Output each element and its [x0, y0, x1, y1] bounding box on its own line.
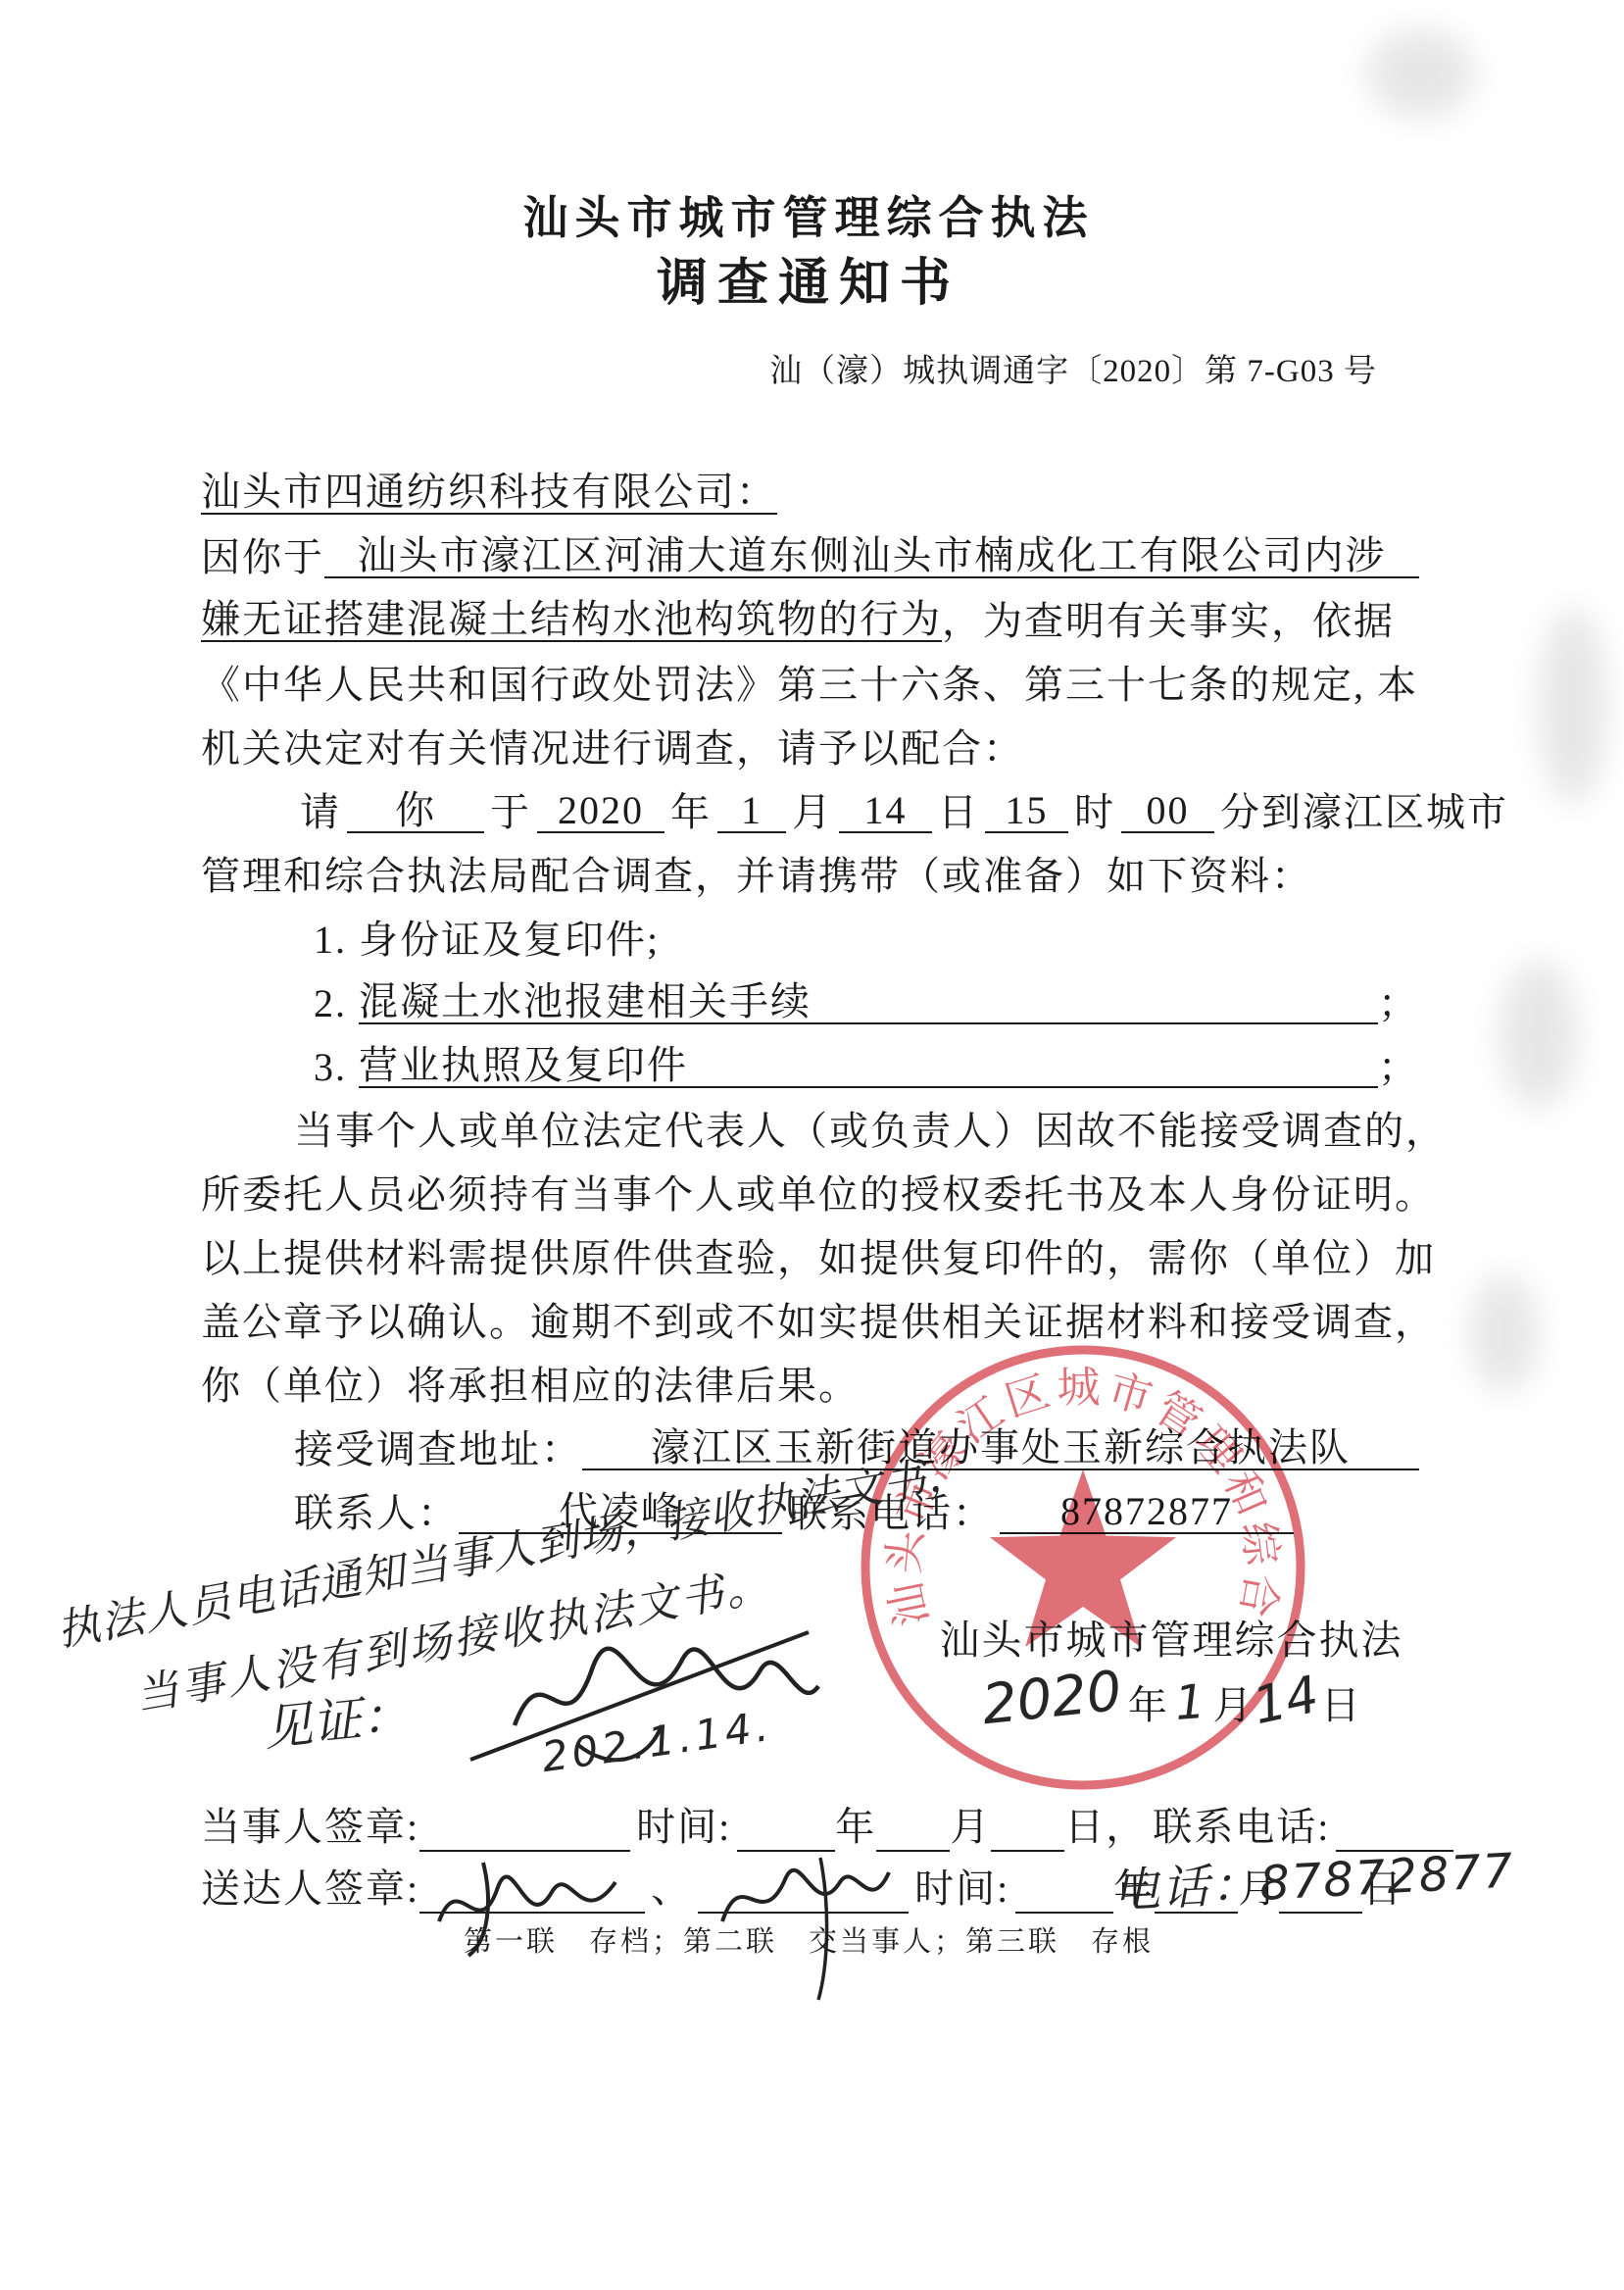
blank-year: 2020	[537, 789, 664, 833]
blank-hour: 15	[985, 789, 1068, 833]
caesura-mark: 、	[645, 1858, 698, 1914]
law-reference: 《中华人民共和国行政处罚法》第三十六条、第三十七条的规定, 本	[201, 664, 1418, 706]
minute-and-place: 分到濠江区城市	[1214, 791, 1514, 833]
item-number: 1.	[314, 919, 359, 961]
para2-line-4: 盖公章予以确认。逾期不到或不如实提供相关证据材料和接受调查，	[201, 1279, 1419, 1343]
time-label: 时间:	[909, 1858, 1015, 1914]
scan-artifact	[1367, 29, 1475, 118]
body-line-cause-1: 因你于 汕头市濠江区河浦大道东侧汕头市楠成化工有限公司内涉	[201, 515, 1419, 578]
handwritten-month: 1	[1173, 1674, 1206, 1731]
scan-artifact	[1539, 608, 1607, 804]
item-tail: ；	[1378, 982, 1419, 1024]
item-tail: ；	[1378, 1046, 1419, 1088]
blank-item-text: 混凝土水池报建相关手续	[359, 980, 1378, 1024]
invitation-continued: 管理和综合执法局配合调查，并请携带（或准备）如下资料：	[201, 855, 1312, 897]
para2-text: 所委托人员必须持有当事个人或单位的授权委托书及本人身份证明。	[201, 1173, 1436, 1216]
month-char: 月	[1212, 1674, 1252, 1730]
para2-text: 你（单位）将承担相应的法律后果。	[201, 1365, 860, 1407]
issuer-date-line: 2020 年 1 月 14 日	[931, 1667, 1411, 1730]
para2-text: 以上提供材料需提供原件供查验，如提供复印件的，需你（单位）加	[201, 1237, 1436, 1279]
body-line-law: 《中华人民共和国行政处罚法》第三十六条、第三十七条的规定, 本	[201, 642, 1419, 706]
blank-violation-behavior: 嫌无证搭建混凝土结构水池构筑物的行为	[201, 598, 942, 642]
blank-deliverer-signature-2	[698, 1912, 909, 1914]
cause-suffix: ，为查明有关事实，依据	[942, 600, 1395, 642]
document-title-type: 调查通知书	[201, 241, 1416, 315]
body-line-decision: 机关决定对有关情况进行调查，请予以配合：	[201, 706, 1419, 770]
party-signature-line: 当事人签章: 时间: 年 月 日， 联系电话:	[201, 1796, 1421, 1852]
handwritten-day: 14	[1249, 1666, 1324, 1736]
issuer-agency-name: 汕头市城市管理综合执法	[931, 1608, 1411, 1666]
blank-day: 14	[839, 789, 932, 833]
address-label: 接受调查地址：	[294, 1428, 582, 1470]
invite-on: 于	[484, 791, 537, 833]
list-item-3: 3. 营业执照及复印件 ；	[201, 1024, 1419, 1088]
scanned-document-page: 汕头市城市管理综合执法 调查通知书 汕（濠）城执调通字〔2020〕第 7-G03…	[0, 0, 1624, 2290]
para2-text: 当事个人或单位法定代表人（或负责人）因故不能接受调查的，	[294, 1110, 1447, 1152]
blank-time-day	[1279, 1912, 1362, 1914]
para2-line-3: 以上提供材料需提供原件供查验，如提供复印件的，需你（单位）加	[201, 1216, 1419, 1279]
blank-month: 1	[717, 789, 786, 833]
list-item-1: 1. 身份证及复印件;	[201, 897, 1419, 961]
copies-distribution-note: 第一联 存档；第二联 交当事人；第三联 存根	[201, 1919, 1416, 1960]
list-item-2: 2. 混凝土水池报建相关手续 ；	[201, 961, 1419, 1024]
hour-char: 时	[1068, 791, 1121, 833]
time-label: 时间:	[630, 1796, 737, 1852]
body-line-cause-2: 嫌无证搭建混凝土结构水池构筑物的行为 ，为查明有关事实，依据	[201, 578, 1419, 642]
item-number: 3.	[314, 1046, 359, 1088]
blank-violation-location: 汕头市濠江区河浦大道东侧汕头市楠成化工有限公司内涉	[324, 534, 1419, 578]
document-number: 汕（濠）城执调通字〔2020〕第 7-G03 号	[769, 345, 1377, 391]
body-line-invitation-2: 管理和综合执法局配合调查，并请携带（或准备）如下资料：	[201, 833, 1419, 897]
cause-prefix: 因你于	[201, 536, 324, 578]
para2-line-1: 当事个人或单位法定代表人（或负责人）因故不能接受调查的，	[201, 1088, 1419, 1152]
item-number: 2.	[314, 982, 359, 1024]
handwritten-year: 2020	[979, 1660, 1125, 1738]
blank-minute: 00	[1121, 789, 1214, 833]
blank-time-year	[1015, 1912, 1113, 1914]
recipient-name: 汕头市四通纺织科技有限公司：	[201, 471, 777, 515]
document-title-agency: 汕头市城市管理综合执法	[201, 182, 1416, 247]
invite-please: 请	[294, 791, 347, 833]
blank-invitee: 你	[347, 789, 484, 833]
scan-artifact	[1470, 1274, 1539, 1392]
blank-party-signature	[419, 1850, 630, 1852]
scan-artifact	[1500, 961, 1578, 1108]
decision-text: 机关决定对有关情况进行调查，请予以配合：	[201, 727, 1024, 770]
deliver-sign-label: 送达人签章:	[201, 1858, 419, 1914]
blank-item-text: 营业执照及复印件	[359, 1044, 1378, 1088]
handwritten-witness-label: 见证：	[260, 1674, 414, 1760]
para2-line-2: 所委托人员必须持有当事个人或单位的授权委托书及本人身份证明。	[201, 1152, 1419, 1216]
blank-time-day	[991, 1850, 1064, 1852]
month-char: 月	[950, 1796, 991, 1852]
year-char: 年	[664, 791, 717, 833]
month-char: 月	[786, 791, 839, 833]
year-char: 年	[1128, 1674, 1167, 1730]
body-line-invitation: 请 你 于 2020 年 1 月 14 日 15 时 00 分到濠江区城市	[201, 770, 1419, 833]
day-char: 日	[932, 791, 985, 833]
party-sign-label: 当事人签章:	[201, 1796, 419, 1852]
blank-deliverer-signature-1	[419, 1912, 645, 1914]
day-char: 日，	[1064, 1796, 1147, 1852]
item-text: 身份证及复印件;	[359, 919, 660, 961]
body-line-recipient: 汕头市四通纺织科技有限公司：	[201, 451, 1419, 515]
year-char: 年	[835, 1796, 876, 1852]
day-char: 日	[1321, 1674, 1360, 1730]
